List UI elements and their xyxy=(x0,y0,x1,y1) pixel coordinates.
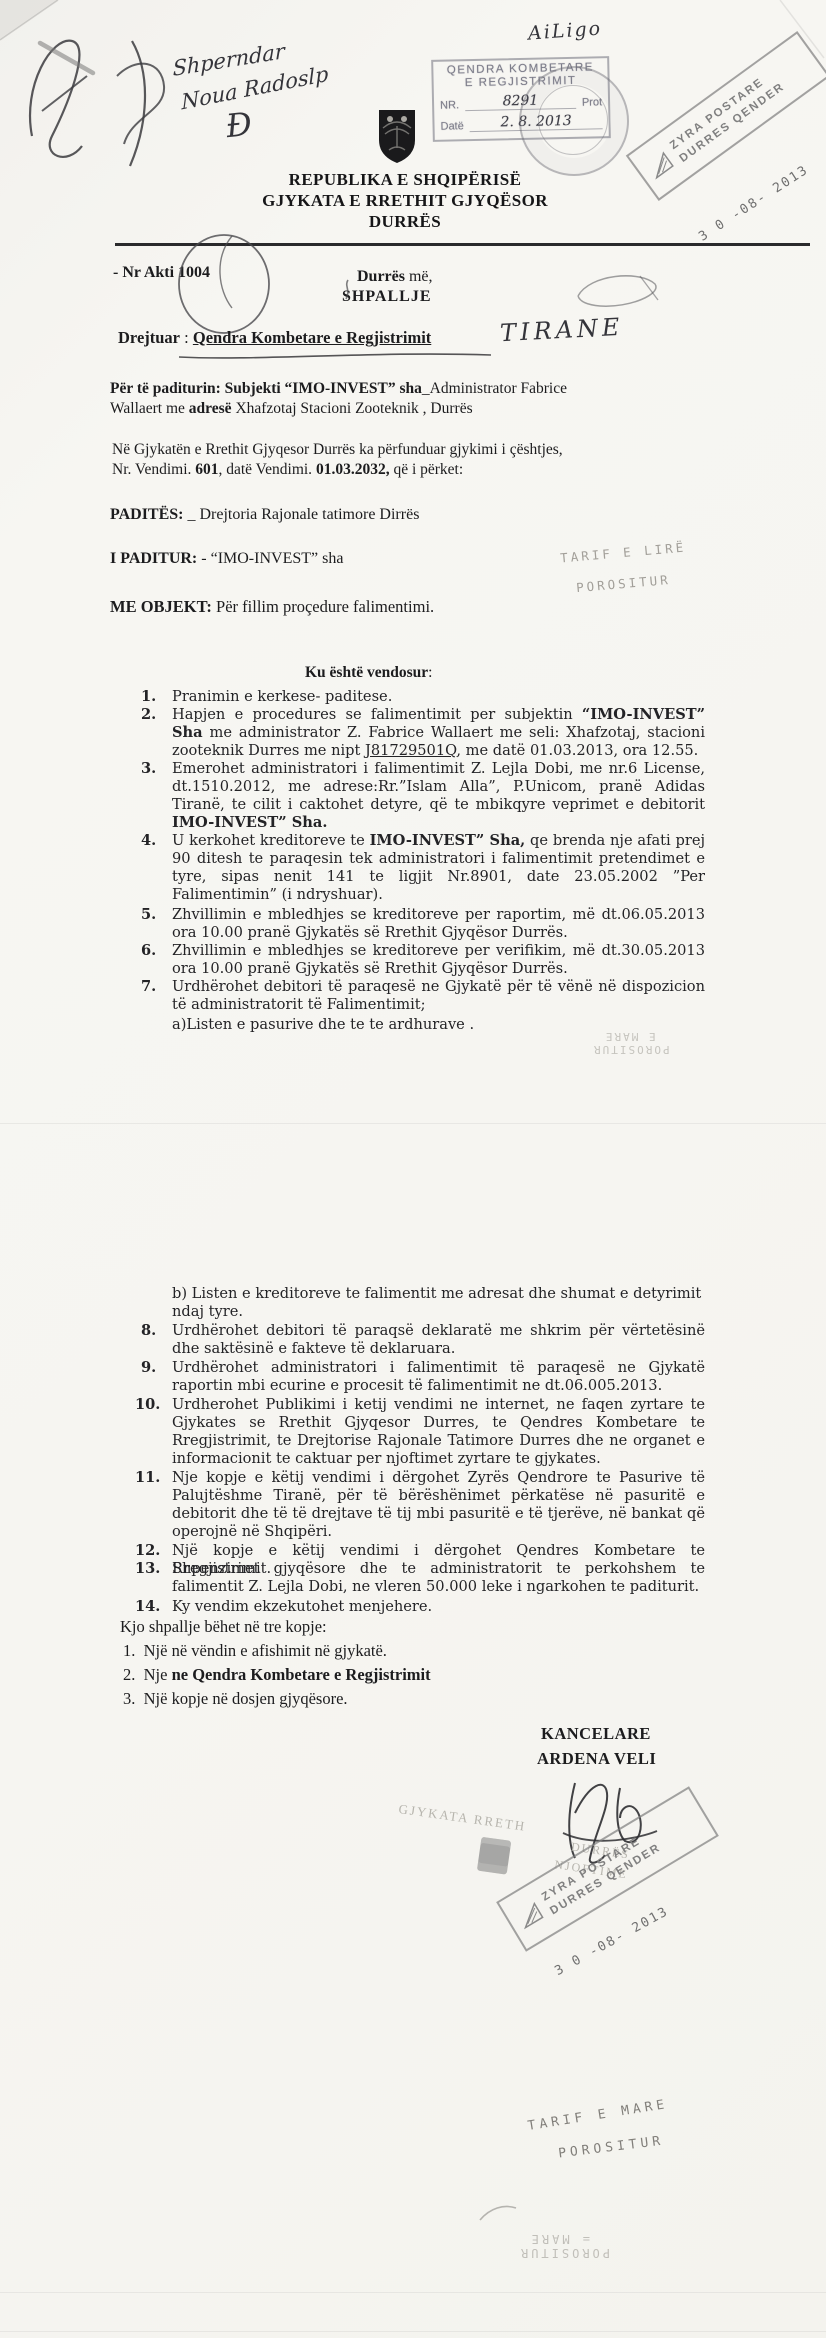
decision-number: 14. xyxy=(135,1598,160,1616)
tarif-stamp-mid-line1: TARIF E LIRË xyxy=(560,540,687,566)
place-date-line: Durrës më, xyxy=(357,267,433,287)
decision-text: U kerkohet kreditoreve te IMO-INVEST” Sh… xyxy=(172,832,705,904)
registry-nr-label: NR. xyxy=(440,99,459,111)
decision-text: Zhvillimin e mbledhjes se kreditoreve pe… xyxy=(172,906,705,942)
scan-seam xyxy=(0,2331,826,2332)
copies-number: 1. xyxy=(123,1641,135,1660)
decision-number: 9. xyxy=(141,1359,156,1377)
copies-item-1: 1. Një në vëndin e afishimit në gjykatë. xyxy=(123,1641,387,1661)
inverted-bottom-line2: = MARE xyxy=(518,2232,590,2246)
decision-item-3: 3. Emerohet administratori i falimentimi… xyxy=(141,760,705,832)
decision-item-9: 9. Urdhërohet administratori i falimenti… xyxy=(141,1359,705,1395)
decision-text: Ky vendim ekzekutohet menjehere. xyxy=(172,1598,705,1616)
decision-number: 2. xyxy=(141,706,156,724)
tarif-stamp-bottom-line2: POROSITUR xyxy=(557,2134,664,2162)
decision-number: 6. xyxy=(141,942,156,960)
tarif-stamp-inverted-bottom: POROSITUR = MARE xyxy=(518,2232,610,2260)
decision-text: Shpenzimet gjyqësore dhe te administrato… xyxy=(172,1560,705,1596)
addressee-line: Drejtuar : Qendra Kombetare e Regjistrim… xyxy=(118,328,431,348)
decision-text: b) Listen e kreditoreve te falimentit me… xyxy=(172,1285,705,1321)
decision-text: Urdherohet Publikimi i ketij vendimi ne … xyxy=(172,1396,705,1468)
inverted-stamp-line1: POROSITUR xyxy=(592,1043,670,1056)
decision-item-2: 2. Hapjen e procedures se falimentimit p… xyxy=(141,706,705,760)
respondent-line: I PADITUR: - “IMO-INVEST” sha xyxy=(110,549,343,569)
copies-item-3: 3. Një kopje në dosjen gjyqësore. xyxy=(123,1689,348,1709)
copies-text: Një në vëndin e afishimit në gjykatë. xyxy=(144,1641,387,1660)
copies-number: 2. xyxy=(123,1665,135,1684)
handwritten-top-note: AiLigo xyxy=(527,17,602,44)
plaintiff-line: PADITËS: _ Drejtoria Rajonale tatimore D… xyxy=(110,505,419,525)
decision-text: Urdhërohet debitori të paraqsë deklaratë… xyxy=(172,1322,705,1358)
handwritten-tirane: TIRANE xyxy=(499,313,624,347)
decision-item-1: 1. Pranimin e kerkese- paditese. xyxy=(141,688,705,706)
copies-number: 3. xyxy=(123,1689,135,1708)
decision-number: 7. xyxy=(141,978,156,996)
scan-seam xyxy=(0,2292,826,2293)
page-seam xyxy=(0,1123,826,1124)
albanian-eagle-emblem xyxy=(376,106,418,166)
inverted-bottom-line1: POROSITUR xyxy=(518,2246,610,2260)
inverted-stamp-line2: E MARE xyxy=(592,1030,656,1043)
signer-role: KANCELARE xyxy=(541,1724,651,1744)
defendant-paragraph: Për të paditurin: Subjekti “IMO-INVEST” … xyxy=(110,379,720,419)
pen-oval-scribble-icon xyxy=(570,266,665,314)
pen-tick-icon xyxy=(340,278,356,302)
copies-intro: Kjo shpallje bëhet në tre kopje: xyxy=(120,1617,327,1637)
decision-text: Nje kopje e këtij vendimi i dërgohet Zyr… xyxy=(172,1469,705,1541)
round-seal-stamp xyxy=(519,66,629,176)
decision-text: Urdhërohet administratori i falimentimit… xyxy=(172,1359,705,1395)
decision-number: 4. xyxy=(141,832,156,850)
decision-item-14: 14. Ky vendim ekzekutohet menjehere. xyxy=(141,1598,705,1616)
handwritten-initial-mark: Ð xyxy=(224,105,254,145)
decision-number: 13. xyxy=(135,1560,160,1578)
tarif-stamp-mid-line2: POROSITUR xyxy=(576,572,672,595)
decision-number: 8. xyxy=(141,1322,156,1340)
postal-wing-icon xyxy=(513,1899,546,1932)
court-stamp-line1: GJYKATA RRETH xyxy=(398,1801,528,1835)
decision-item-5: 5. Zhvillimin e mbledhjes se kreditoreve… xyxy=(141,906,705,942)
copies-item-2: 2. Nje ne Qendra Kombetare e Regjistrimi… xyxy=(123,1665,431,1685)
object-line: ME OBJEKT: Për fillim proçedure faliment… xyxy=(110,597,434,617)
decision-number: 11. xyxy=(135,1469,160,1487)
tarif-stamp-bottom-line1: TARIF E MARE xyxy=(527,2097,670,2134)
document-page: Shperndar Noua Radoslp Ð AiLigo QENDRA K… xyxy=(0,0,826,2338)
header-court: GJYKATA E RRETHIT GJYQËSOR xyxy=(105,191,705,211)
copies-text: Një kopje në dosjen gjyqësore. xyxy=(144,1689,348,1708)
handwritten-circle-annotation xyxy=(174,228,278,338)
decision-text: Emerohet administratori i falimentimit Z… xyxy=(172,760,705,832)
header-republic: REPUBLIKA E SHQIPËRISË xyxy=(105,170,705,190)
decision-item-6: 6. Zhvillimin e mbledhjes se kreditoreve… xyxy=(141,942,705,978)
court-stamp-emblem-icon xyxy=(477,1837,511,1875)
copies-text: Nje ne Qendra Kombetare e Regjistrimit xyxy=(144,1665,431,1684)
decision-text: Pranimin e kerkese- paditese. xyxy=(172,688,705,706)
decision-item-13: 13. Shpenzimet gjyqësore dhe te administ… xyxy=(141,1560,705,1596)
postal-date-top: 3 0 -08- 2013 xyxy=(696,162,811,244)
decision-text: Hapjen e procedures se falimentimit per … xyxy=(172,706,705,760)
decision-number: 10. xyxy=(135,1396,160,1414)
pen-scribble-icon xyxy=(12,16,202,181)
decision-number: 5. xyxy=(141,906,156,924)
decision-item-10: 10. Urdherohet Publikimi i ketij vendimi… xyxy=(141,1396,705,1468)
decision-item-11: 11. Nje kopje e këtij vendimi i dërgohet… xyxy=(141,1469,705,1541)
decision-item-7b: b) Listen e kreditoreve te falimentit me… xyxy=(141,1285,705,1321)
decision-number: 1. xyxy=(141,688,156,706)
registry-date-label: Datë xyxy=(440,120,463,132)
decision-item-7: 7. Urdhërohet debitori të paraqesë ne Gj… xyxy=(141,978,705,1014)
decision-heading: Ku është vendosur: xyxy=(305,663,432,683)
pencil-tick-icon xyxy=(476,2198,520,2230)
decision-item-8: 8. Urdhërohet debitori të paraqsë deklar… xyxy=(141,1322,705,1358)
decision-number: 3. xyxy=(141,760,156,778)
tarif-stamp-inverted-small: POROSITUR E MARE xyxy=(592,1030,670,1056)
case-intro-paragraph: Në Gjykatën e Rrethit Gjyqesor Durrës ka… xyxy=(112,440,717,480)
decision-number: 12. xyxy=(135,1542,160,1560)
decision-text: Zhvillimin e mbledhjes se kreditoreve pe… xyxy=(172,942,705,978)
decision-text: Urdhërohet debitori të paraqesë ne Gjyka… xyxy=(172,978,705,1014)
round-seal-inner-ring xyxy=(538,85,608,155)
decision-item-4: 4. U kerkohet kreditoreve te IMO-INVEST”… xyxy=(141,832,705,904)
handwritten-underline xyxy=(175,349,495,363)
scanned-court-document: { "handwriting": { "top_note": "AiLigo",… xyxy=(0,0,826,2338)
